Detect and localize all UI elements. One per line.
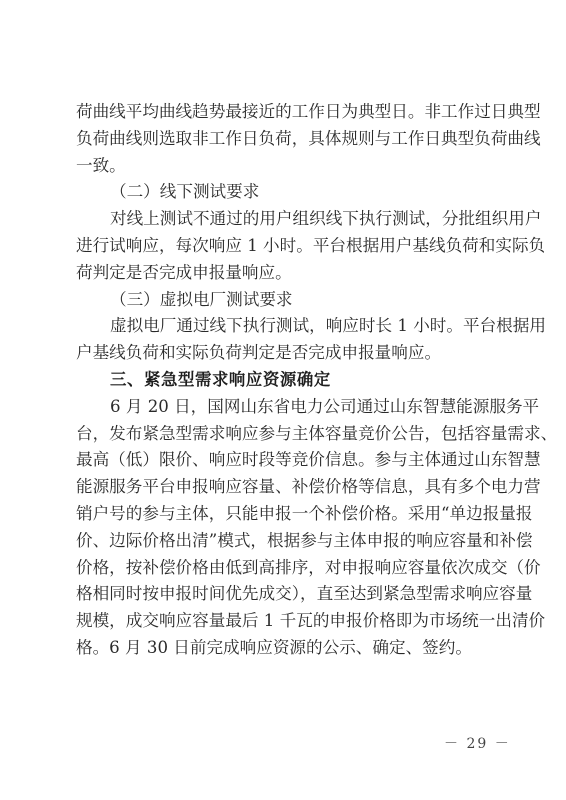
chapter-emergency-resource: 三、紧急型需求响应资源确定 6 月 20 日，国网山东省电力公司通过山东智慧能源…	[76, 367, 496, 662]
section-heading: （二）线下测试要求	[76, 179, 496, 206]
intro-paragraph: 荷曲线平均曲线趋势最接近的工作日为典型日。非工作过日典型 负荷曲线则选取非工作日…	[76, 99, 496, 179]
text-line: 6 月 20 日，国网山东省电力公司通过山东智慧能源服务平	[76, 394, 496, 421]
section-offline-test: （二）线下测试要求 对线上测试不通过的用户组织线下执行测试，分批组织用户 进行试…	[76, 179, 496, 286]
text-line: 荷曲线平均曲线趋势最接近的工作日为典型日。非工作过日典型	[76, 99, 496, 126]
document-body: 荷曲线平均曲线趋势最接近的工作日为典型日。非工作过日典型 负荷曲线则选取非工作日…	[76, 99, 496, 662]
text-line: 荷判定是否完成申报量响应。	[76, 260, 496, 287]
text-line: 价、边际价格出清”模式，根据参与主体申报的响应容量和补偿	[76, 528, 496, 555]
text-line: 户基线负荷和实际负荷判定是否完成申报量响应。	[76, 340, 496, 367]
text-line: 格。6 月 30 日前完成响应资源的公示、确定、签约。	[76, 635, 496, 662]
text-line: 格相同时按申报时间优先成交），直至达到紧急型需求响应容量	[76, 581, 496, 608]
page-number: － 29 －	[444, 733, 511, 753]
text-line: 能源服务平台申报响应容量、补偿价格等信息，具有多个电力营	[76, 474, 496, 501]
text-line: 销户号的参与主体，只能申报一个补偿价格。采用“单边报量报	[76, 501, 496, 528]
text-line: 对线上测试不通过的用户组织线下执行测试，分批组织用户	[76, 206, 496, 233]
text-line: 价格，按补偿价格由低到高排序，对申报响应容量依次成交（价	[76, 555, 496, 582]
text-line: 一致。	[76, 153, 496, 180]
text-line: 虚拟电厂通过线下执行测试，响应时长 1 小时。平台根据用	[76, 313, 496, 340]
text-line: 进行试响应，每次响应 1 小时。平台根据用户基线负荷和实际负	[76, 233, 496, 260]
text-line: 台，发布紧急型需求响应参与主体容量竞价公告，包括容量需求、	[76, 421, 496, 448]
text-line: 负荷曲线则选取非工作日负荷，具体规则与工作日典型负荷曲线	[76, 126, 496, 153]
text-line: 最高（低）限价、响应时段等竞价信息。参与主体通过山东智慧	[76, 447, 496, 474]
section-heading: （三）虚拟电厂测试要求	[76, 287, 496, 314]
chapter-heading: 三、紧急型需求响应资源确定	[76, 367, 496, 394]
text-line: 规模，成交响应容量最后 1 千瓦的申报价格即为市场统一出清价	[76, 608, 496, 635]
section-vpp-test: （三）虚拟电厂测试要求 虚拟电厂通过线下执行测试，响应时长 1 小时。平台根据用…	[76, 287, 496, 367]
